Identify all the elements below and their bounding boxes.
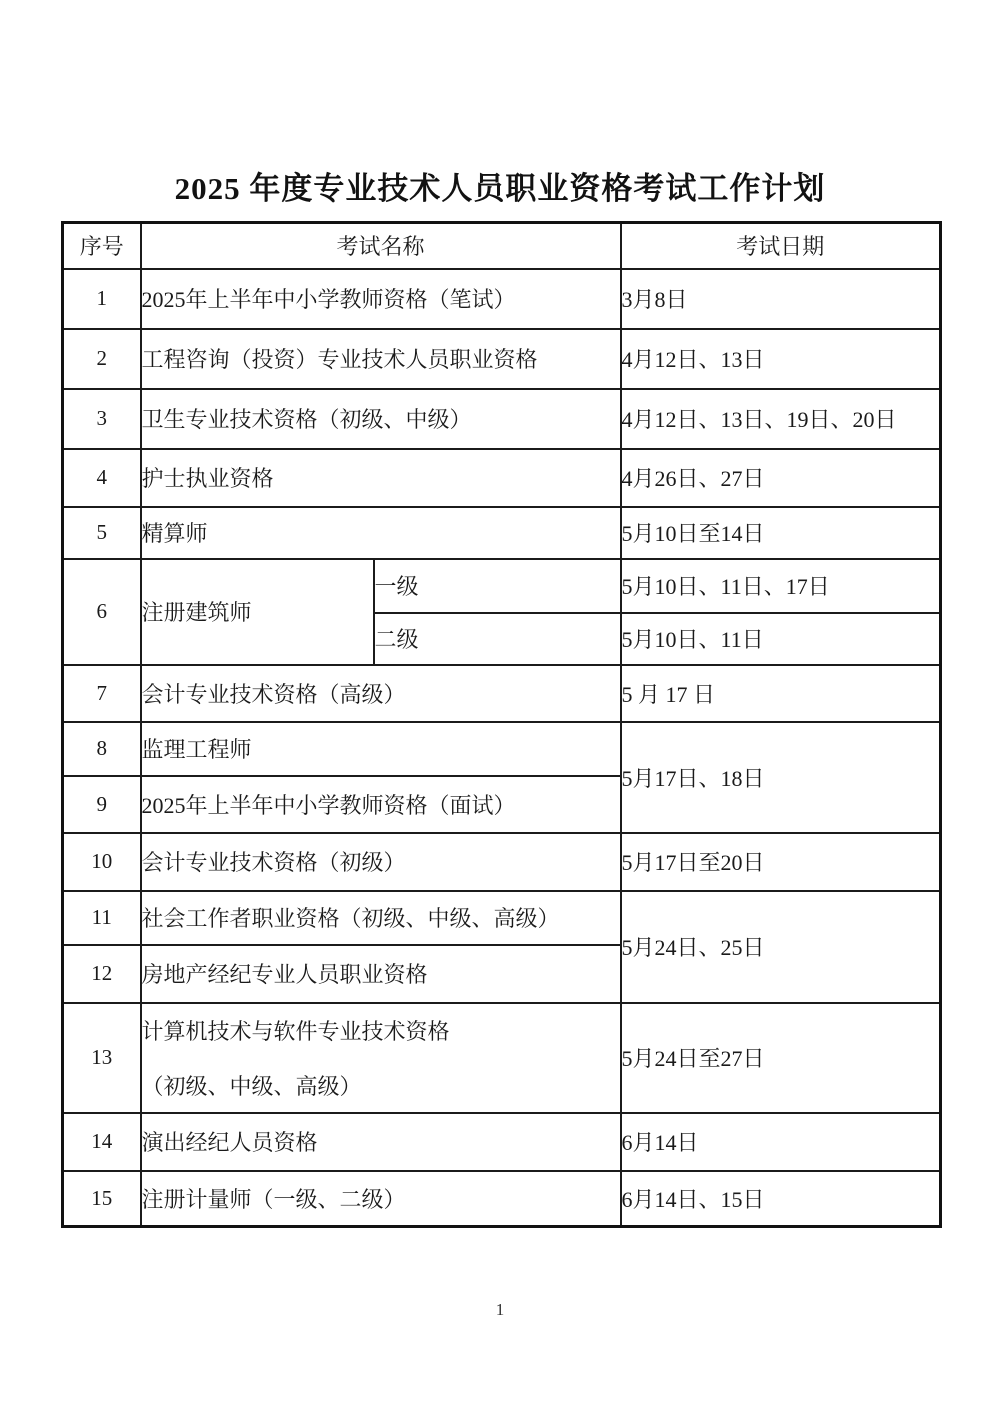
exam-date-cell: 5月17日至20日 [621, 833, 941, 891]
exam-name-cell: 演出经纪人员资格 [141, 1113, 621, 1171]
row-number-cell: 2 [63, 329, 141, 389]
table-row: 11 社会工作者职业资格（初级、中级、高级） 5月24日、25日 [63, 891, 941, 945]
page-number: 1 [0, 1300, 1000, 1320]
table-row: 2 工程咨询（投资）专业技术人员职业资格 4月12日、13日 [63, 329, 941, 389]
exam-schedule-table: 序号 考试名称 考试日期 1 2025年上半年中小学教师资格（笔试） 3月8日 … [61, 221, 942, 1228]
exam-date-cell: 5月10日、11日、17日 [621, 559, 941, 613]
exam-date-cell: 6月14日 [621, 1113, 941, 1171]
table-row: 8 监理工程师 5月17日、18日 [63, 722, 941, 776]
table-row: 10 会计专业技术资格（初级） 5月17日至20日 [63, 833, 941, 891]
row-number-cell: 14 [63, 1113, 141, 1171]
exam-name-cell: 监理工程师 [141, 722, 621, 776]
exam-date-cell: 4月12日、13日 [621, 329, 941, 389]
exam-name-line-1: 计算机技术与软件专业技术资格 [142, 1015, 620, 1046]
exam-name-cell: 会计专业技术资格（高级） [141, 665, 621, 722]
row-number-cell: 3 [63, 389, 141, 449]
row-number-cell: 12 [63, 945, 141, 1003]
exam-name-cell: 2025年上半年中小学教师资格（笔试） [141, 269, 621, 329]
exam-date-cell: 6月14日、15日 [621, 1171, 941, 1227]
exam-date-cell: 5月10日至14日 [621, 507, 941, 559]
header-exam-date: 考试日期 [621, 223, 941, 269]
row-number-cell: 4 [63, 449, 141, 507]
page-title: 2025 年度专业技术人员职业资格考试工作计划 [0, 170, 1000, 208]
exam-date-cell: 5 月 17 日 [621, 665, 941, 722]
exam-date-cell: 3月8日 [621, 269, 941, 329]
row-number-cell: 9 [63, 776, 141, 833]
exam-name-cell: 社会工作者职业资格（初级、中级、高级） [141, 891, 621, 945]
table-row: 1 2025年上半年中小学教师资格（笔试） 3月8日 [63, 269, 941, 329]
exam-date-cell: 5月17日、18日 [621, 722, 941, 833]
exam-name-cell: 会计专业技术资格（初级） [141, 833, 621, 891]
table-row: 15 注册计量师（一级、二级） 6月14日、15日 [63, 1171, 941, 1227]
exam-level-cell: 二级 [374, 613, 621, 665]
table-row: 5 精算师 5月10日至14日 [63, 507, 941, 559]
exam-name-cell: 2025年上半年中小学教师资格（面试） [141, 776, 621, 833]
exam-date-cell: 5月24日至27日 [621, 1003, 941, 1113]
table-row: 6 注册建筑师 一级 5月10日、11日、17日 [63, 559, 941, 613]
row-number-cell: 5 [63, 507, 141, 559]
exam-name-cell: 精算师 [141, 507, 621, 559]
exam-name-cell: 注册计量师（一级、二级） [141, 1171, 621, 1227]
row-number-cell: 15 [63, 1171, 141, 1227]
table-row: 13 计算机技术与软件专业技术资格 （初级、中级、高级） 5月24日至27日 [63, 1003, 941, 1113]
exam-date-cell: 4月12日、13日、19日、20日 [621, 389, 941, 449]
row-number-cell: 7 [63, 665, 141, 722]
table-row: 3 卫生专业技术资格（初级、中级） 4月12日、13日、19日、20日 [63, 389, 941, 449]
row-number-cell: 11 [63, 891, 141, 945]
exam-name-line-2: （初级、中级、高级） [142, 1070, 620, 1101]
exam-date-cell: 5月10日、11日 [621, 613, 941, 665]
table-row: 14 演出经纪人员资格 6月14日 [63, 1113, 941, 1171]
row-number-cell: 10 [63, 833, 141, 891]
header-serial-number: 序号 [63, 223, 141, 269]
document-page: 2025 年度专业技术人员职业资格考试工作计划 序号 考试名称 考试日期 1 2… [0, 0, 1000, 1414]
row-number-cell: 6 [63, 559, 141, 665]
exam-name-cell: 房地产经纪专业人员职业资格 [141, 945, 621, 1003]
table-row: 7 会计专业技术资格（高级） 5 月 17 日 [63, 665, 941, 722]
row-number-cell: 8 [63, 722, 141, 776]
exam-date-cell: 5月24日、25日 [621, 891, 941, 1003]
header-exam-name: 考试名称 [141, 223, 621, 269]
exam-level-cell: 一级 [374, 559, 621, 613]
table-header-row: 序号 考试名称 考试日期 [63, 223, 941, 269]
row-number-cell: 1 [63, 269, 141, 329]
exam-date-cell: 4月26日、27日 [621, 449, 941, 507]
row-number-cell: 13 [63, 1003, 141, 1113]
exam-name-cell: 工程咨询（投资）专业技术人员职业资格 [141, 329, 621, 389]
exam-name-cell: 护士执业资格 [141, 449, 621, 507]
exam-name-cell: 计算机技术与软件专业技术资格 （初级、中级、高级） [141, 1003, 621, 1113]
table-row: 4 护士执业资格 4月26日、27日 [63, 449, 941, 507]
exam-name-cell: 注册建筑师 [141, 559, 374, 665]
exam-name-cell: 卫生专业技术资格（初级、中级） [141, 389, 621, 449]
